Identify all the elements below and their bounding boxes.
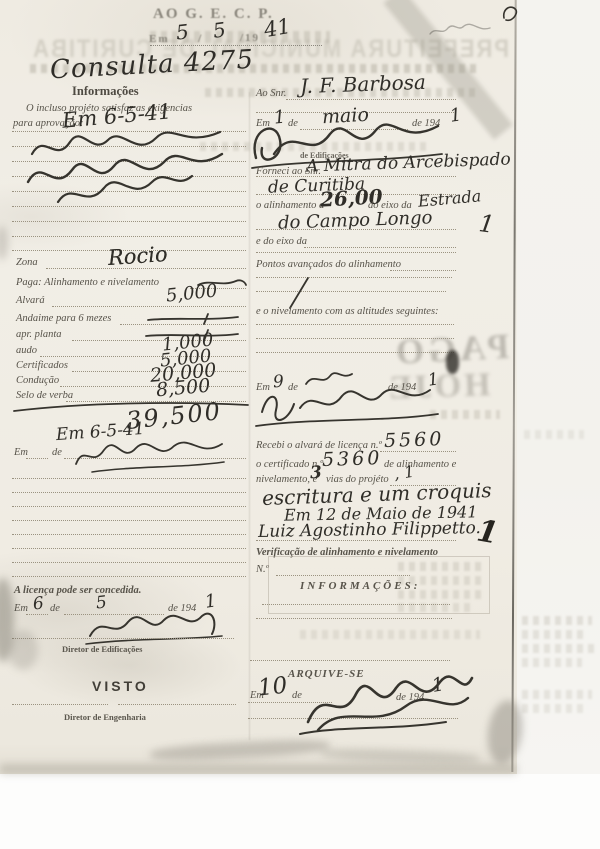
recebi-line2-number: 5360 bbox=[322, 449, 383, 470]
dotted-line bbox=[12, 478, 246, 479]
fee-label-paga: Paga: Alinhamento e nivelamento bbox=[16, 277, 159, 288]
dotted-leader bbox=[46, 268, 246, 269]
ghost-bar bbox=[300, 630, 480, 639]
dotted-line bbox=[12, 704, 108, 705]
alinhamento-label: o alinhamento a bbox=[256, 200, 324, 211]
column-fold-line bbox=[249, 92, 250, 740]
dotted-line bbox=[118, 704, 236, 705]
dotted-line bbox=[256, 324, 454, 325]
diretor-engenharia-label: Diretor de Engenharia bbox=[64, 712, 146, 722]
dotted-leader bbox=[26, 458, 48, 459]
dotted-line bbox=[12, 548, 246, 549]
handwritten-slash bbox=[288, 276, 312, 310]
em10-day: 10 bbox=[257, 675, 289, 701]
e-do-eixo-label: e do eixo da bbox=[256, 236, 307, 247]
fee-label-apr-planta: apr. planta bbox=[16, 329, 62, 340]
fee-dash-andaime bbox=[146, 312, 242, 326]
numero-label: N.º bbox=[256, 564, 269, 575]
de-label: de bbox=[52, 447, 62, 458]
dotted-line bbox=[256, 277, 452, 278]
fee-label-conducao: Condução bbox=[16, 375, 59, 386]
approval-signatures bbox=[24, 126, 234, 208]
ao-snr-label: Ao Snr. bbox=[256, 88, 286, 99]
dotted-leader bbox=[52, 306, 246, 307]
dotted-line bbox=[12, 534, 246, 535]
informacoes-heading: Informações bbox=[72, 84, 139, 99]
concessao-em: Em bbox=[14, 603, 28, 614]
fee-label-andaime: Andaime para 6 mezes bbox=[16, 313, 111, 324]
dotted-line bbox=[262, 604, 450, 605]
dotted-line bbox=[12, 506, 246, 507]
fee-label-audo: audo bbox=[16, 345, 37, 356]
signature-diretor-edificacoes bbox=[84, 606, 224, 648]
visto-heading: VISTO bbox=[92, 678, 149, 694]
signature-kleingelips bbox=[72, 438, 228, 478]
informacoes-caps-heading: INFORMAÇÕES: bbox=[300, 580, 420, 592]
concessao-de1: de bbox=[50, 603, 60, 614]
scanned-document: PREFEITURA MUNICIPAL DE CURITIBA AO G. E… bbox=[0, 0, 600, 849]
fee-label-certificados: Certificados bbox=[16, 360, 68, 371]
recebi-line1-number: 5560 bbox=[384, 430, 445, 451]
dotted-leader bbox=[286, 99, 456, 100]
dotted-line bbox=[256, 540, 456, 541]
dotted-line bbox=[12, 492, 246, 493]
dotted-line bbox=[256, 229, 456, 230]
bottom-edge-shadow bbox=[0, 764, 517, 774]
fee-label-zona: Zona bbox=[16, 257, 38, 268]
date-stamp-year: 41 bbox=[262, 16, 292, 41]
date-stamp-sep: / bbox=[198, 31, 203, 46]
ghost-bar bbox=[522, 690, 592, 699]
signature-bottom-right bbox=[296, 668, 476, 736]
fee-value-selo: 8,500 bbox=[155, 377, 211, 401]
ghost-bar bbox=[522, 616, 592, 625]
ghost-bar bbox=[524, 430, 584, 439]
ghost-bar bbox=[522, 630, 588, 639]
concessao-day: 6 bbox=[32, 595, 45, 613]
ghost-bar bbox=[398, 562, 484, 571]
fee-label-alvara: Alvará bbox=[16, 295, 45, 306]
dotted-line bbox=[256, 291, 446, 292]
recebi-line3-vias: 3 bbox=[309, 465, 322, 483]
ghost-bar bbox=[522, 704, 586, 713]
diretor-edificacoes-label: Diretor de Edificações bbox=[62, 644, 142, 654]
dotted-line bbox=[12, 520, 246, 521]
date-stamp-em: Em bbox=[149, 33, 170, 45]
ghost-bar bbox=[522, 658, 582, 667]
scan-background-bottom bbox=[0, 774, 600, 849]
dotted-line bbox=[256, 618, 452, 619]
fee-value-zona-text: Rocio bbox=[107, 244, 168, 269]
dotted-leader bbox=[380, 451, 456, 452]
dotted-line bbox=[250, 660, 450, 661]
dotted-line bbox=[12, 638, 234, 639]
ao-snr-value: J. F. Barbosa bbox=[300, 72, 426, 96]
em1-year: 1 bbox=[449, 106, 463, 125]
dotted-line bbox=[12, 236, 246, 237]
dotted-line bbox=[256, 176, 456, 177]
stain-visto-area bbox=[8, 630, 38, 670]
nome-handwritten: Luiz Agostinho Filippetto. bbox=[258, 520, 481, 541]
date-stamp-day: 5 bbox=[175, 21, 190, 42]
dotted-line bbox=[12, 562, 246, 563]
recebi-line3-extra: , 1 bbox=[393, 464, 415, 483]
pencil-note-squiggle bbox=[428, 22, 492, 40]
pontos-label: Pontos avançados do alinhamento bbox=[256, 259, 401, 270]
dotted-leader bbox=[26, 614, 48, 615]
ink-blot bbox=[446, 350, 459, 374]
dotted-leader bbox=[304, 247, 456, 248]
dotted-line bbox=[12, 576, 246, 577]
dotted-line bbox=[256, 252, 456, 253]
recebi-line3-label: nivelamento, e bbox=[256, 474, 317, 485]
date-stamp-year-prefix: /19 bbox=[240, 32, 260, 44]
corner-mark-squiggle bbox=[500, 2, 520, 24]
ghost-bar bbox=[430, 410, 500, 419]
dotted-leader bbox=[40, 356, 246, 357]
signature-em9 bbox=[254, 384, 440, 430]
nivelamento-label: e o nivelamento com as altitudes seguint… bbox=[256, 306, 439, 317]
dotted-leader bbox=[390, 270, 456, 271]
dotted-line bbox=[12, 221, 246, 222]
date-stamp-month: 5 bbox=[212, 19, 227, 41]
em-label: Em bbox=[14, 447, 28, 458]
ghost-bar bbox=[522, 644, 594, 653]
